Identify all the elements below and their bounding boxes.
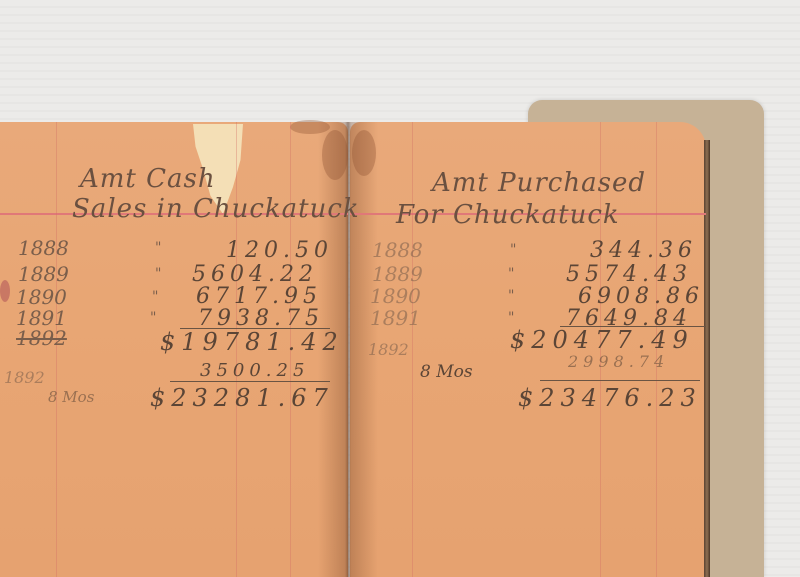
ditto-mark: " bbox=[152, 289, 158, 305]
right-heading-1: Amt Purchased bbox=[432, 168, 646, 198]
ditto-mark: " bbox=[508, 310, 514, 326]
stain bbox=[322, 130, 348, 180]
stain bbox=[352, 130, 376, 176]
left-year-struck: 1892 bbox=[16, 326, 67, 350]
right-subtotal: $20477.49 bbox=[510, 326, 694, 354]
column-rule bbox=[412, 122, 413, 577]
right-year: 1889 bbox=[372, 262, 423, 286]
right-year: 1890 bbox=[370, 284, 421, 308]
left-heading-2: Sales in Chuckatuck bbox=[72, 194, 360, 224]
ditto-mark: " bbox=[510, 242, 516, 258]
ditto-mark: " bbox=[508, 288, 514, 304]
left-year: 1889 bbox=[18, 262, 69, 286]
page-edge bbox=[704, 140, 710, 577]
left-addition: 3500.25 bbox=[200, 360, 309, 381]
ditto-mark: " bbox=[508, 266, 514, 282]
right-addition: 2998.74 bbox=[568, 352, 669, 371]
ditto-mark: " bbox=[150, 310, 156, 326]
left-note-months: 8 Mos bbox=[48, 388, 94, 406]
right-year: 1891 bbox=[370, 306, 421, 330]
right-note-year: 1892 bbox=[368, 340, 409, 359]
right-note-months: 8 Mos bbox=[420, 362, 473, 382]
left-year: 1888 bbox=[18, 236, 69, 260]
left-heading-1: Amt Cash bbox=[80, 164, 216, 194]
left-note-year: 1892 bbox=[4, 368, 45, 387]
sum-line bbox=[540, 380, 700, 381]
ditto-mark: " bbox=[155, 240, 161, 256]
stain bbox=[0, 280, 10, 302]
right-amount: 344.36 bbox=[590, 238, 697, 263]
stain bbox=[290, 120, 330, 134]
left-grand-total: $23281.67 bbox=[150, 384, 334, 412]
sum-line bbox=[170, 381, 330, 382]
left-amount: 120.50 bbox=[226, 238, 333, 263]
right-grand-total: $23476.23 bbox=[518, 384, 702, 412]
right-heading-2: For Chuckatuck bbox=[396, 200, 620, 230]
ditto-mark: " bbox=[155, 266, 161, 282]
right-year: 1888 bbox=[372, 238, 423, 262]
left-subtotal: $19781.42 bbox=[160, 328, 344, 356]
